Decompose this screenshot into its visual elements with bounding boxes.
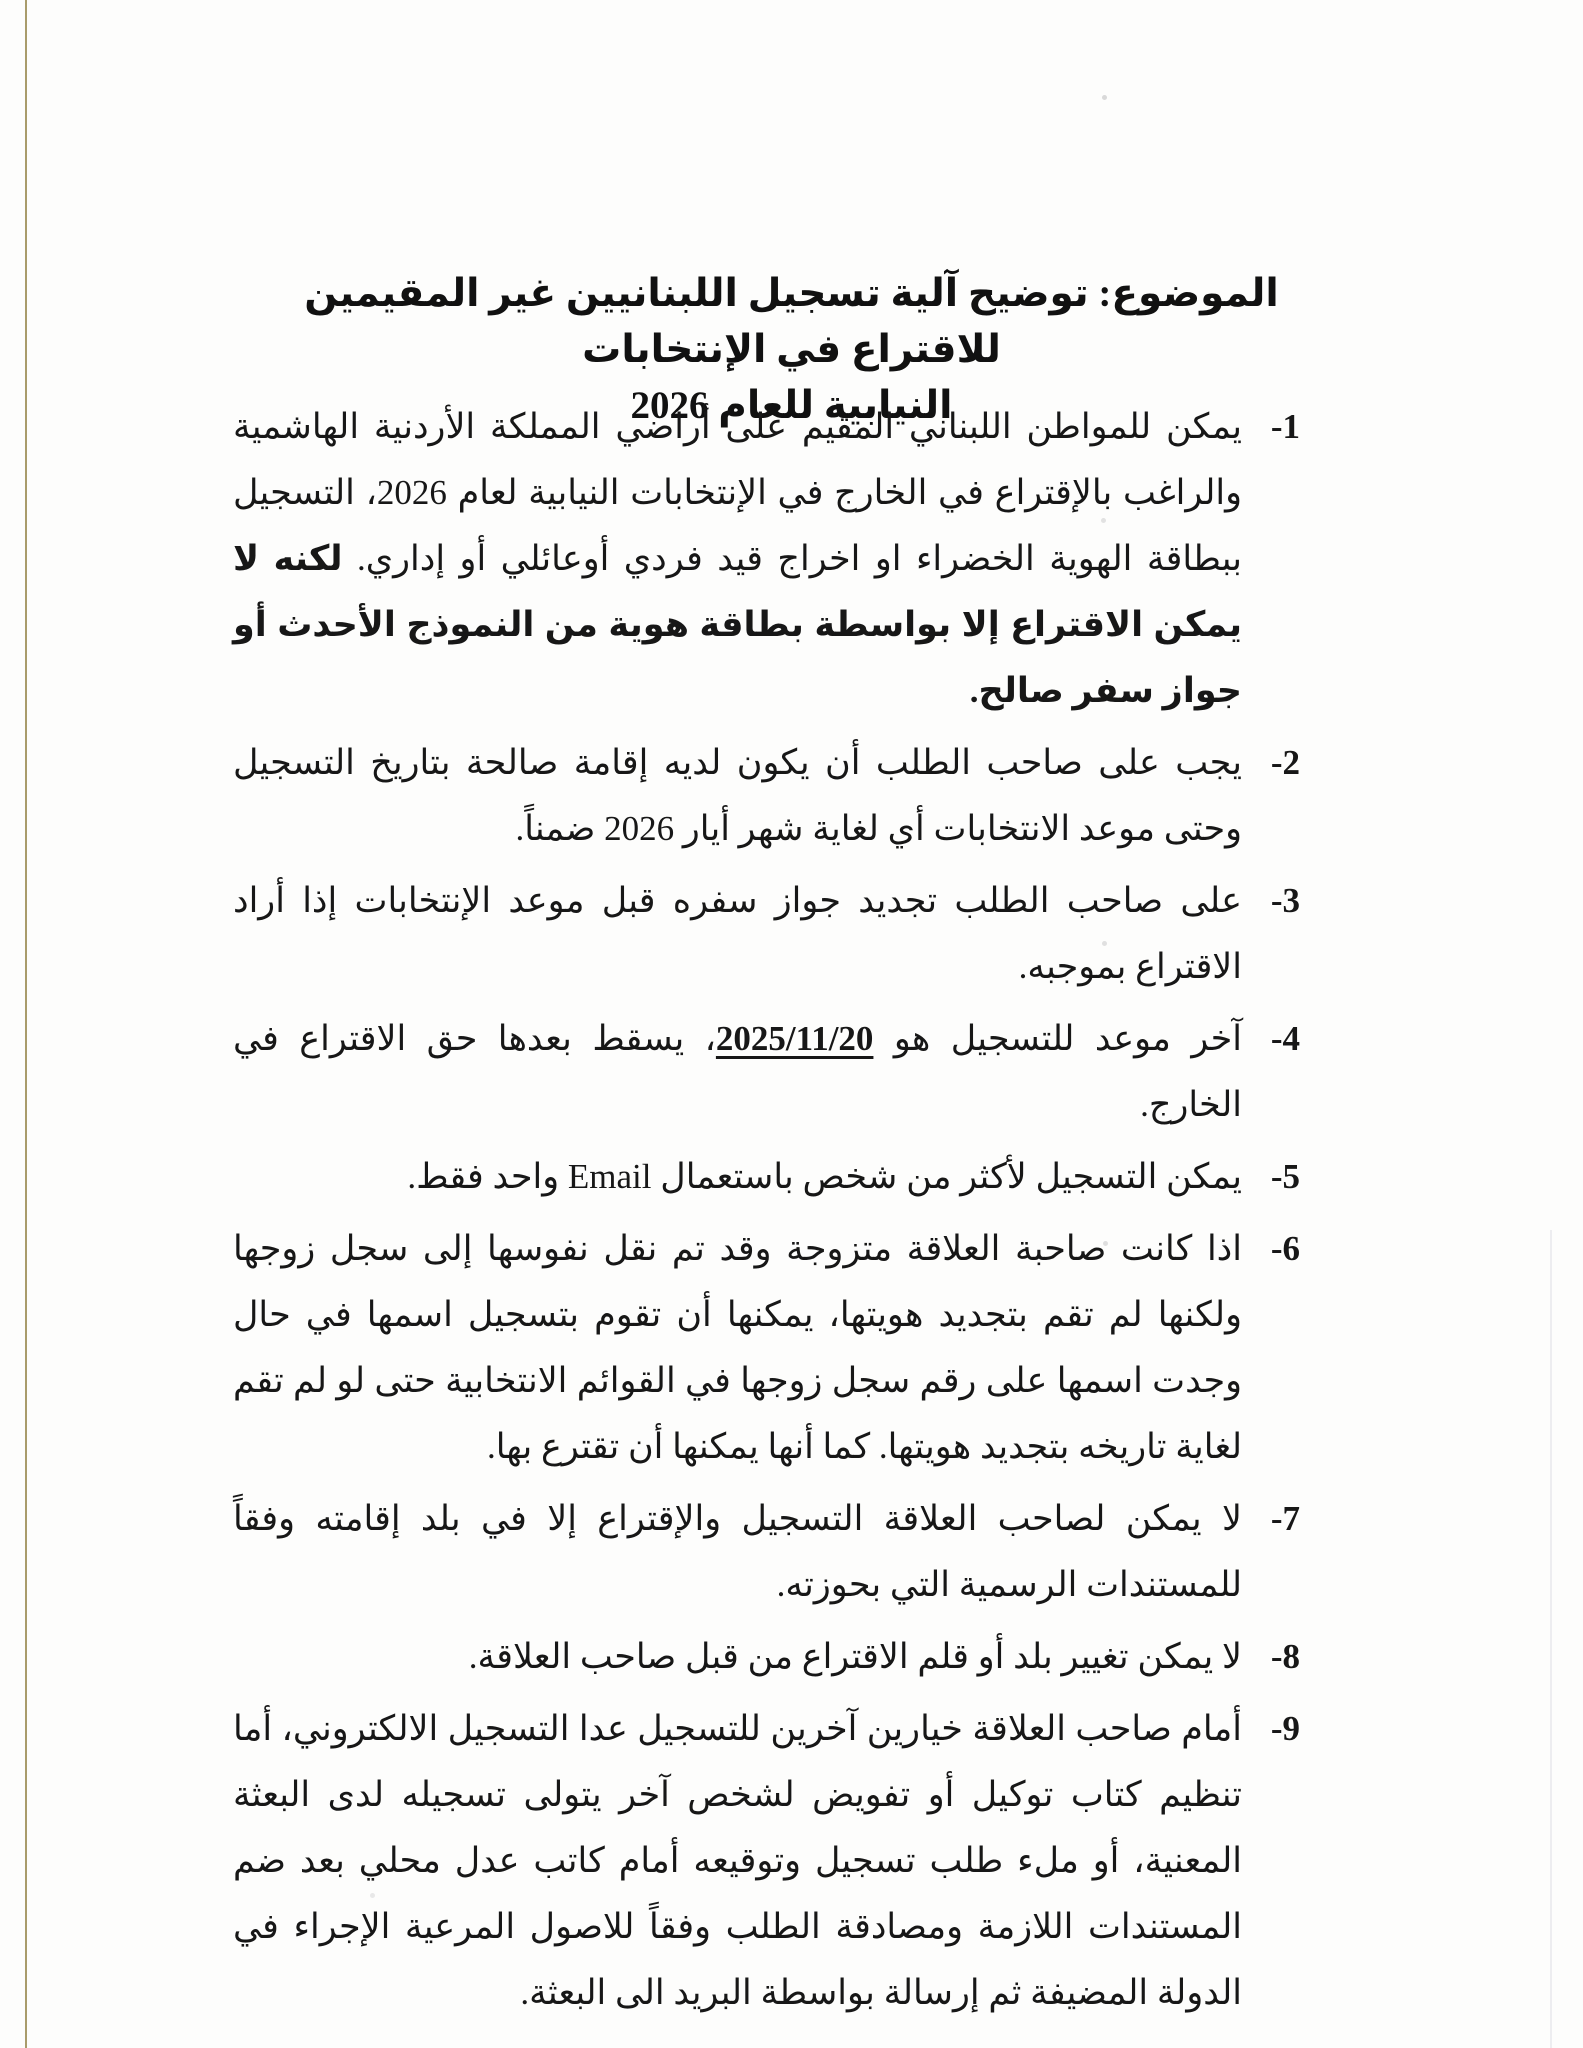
list-item: 3-على صاحب الطلب تجديد جواز سفره قبل موع…	[233, 868, 1300, 1000]
list-item: 9-أمام صاحب العلاقة خيارين آخرين للتسجيل…	[233, 1696, 1300, 2026]
item-text: اذا كانت صاحبة العلاقة متزوجة وقد تم نقل…	[233, 1216, 1242, 1480]
list-item: 6-اذا كانت صاحبة العلاقة متزوجة وقد تم ن…	[233, 1216, 1300, 1480]
list-item: 7-لا يمكن لصاحب العلاقة التسجيل والإقترا…	[233, 1486, 1300, 1618]
item-number: 3-	[1242, 868, 1300, 1000]
item-text: لا يمكن تغيير بلد أو قلم الاقتراع من قبل…	[233, 1624, 1242, 1690]
list-item: 5-يمكن التسجيل لأكثر من شخص باستعمال Ema…	[233, 1144, 1300, 1210]
list-item: 2-يجب على صاحب الطلب أن يكون لديه إقامة …	[233, 730, 1300, 862]
scan-edge-line-left	[25, 0, 27, 2048]
scanned-document-page: الموضوع: توضيح آلية تسجيل اللبنانيين غير…	[0, 0, 1583, 2048]
item-number: 5-	[1242, 1144, 1300, 1210]
items-list: 1-يمكن للمواطن اللبناني المقيم على أراضي…	[233, 394, 1300, 2032]
list-item: 1-يمكن للمواطن اللبناني المقيم على أراضي…	[233, 394, 1300, 724]
item-number: 9-	[1242, 1696, 1300, 2026]
item-number: 1-	[1242, 394, 1300, 724]
paper-speck	[1102, 95, 1107, 100]
item-number: 2-	[1242, 730, 1300, 862]
scan-edge-shadow-right	[1550, 1230, 1552, 2048]
item-text: يجب على صاحب الطلب أن يكون لديه إقامة صا…	[233, 730, 1242, 862]
item-number: 7-	[1242, 1486, 1300, 1618]
document-title-line1: الموضوع: توضيح آلية تسجيل اللبنانيين غير…	[283, 266, 1300, 378]
item-text: يمكن للمواطن اللبناني المقيم على أراضي ا…	[233, 394, 1242, 724]
item-text: أمام صاحب العلاقة خيارين آخرين للتسجيل ع…	[233, 1696, 1242, 2026]
item-text: على صاحب الطلب تجديد جواز سفره قبل موعد …	[233, 868, 1242, 1000]
item-number: 4-	[1242, 1006, 1300, 1138]
item-text: يمكن التسجيل لأكثر من شخص باستعمال Email…	[233, 1144, 1242, 1210]
item-number: 6-	[1242, 1216, 1300, 1480]
item-text: لا يمكن لصاحب العلاقة التسجيل والإقتراع …	[233, 1486, 1242, 1618]
list-item: 8-لا يمكن تغيير بلد أو قلم الاقتراع من ق…	[233, 1624, 1300, 1690]
list-item: 4-آخر موعد للتسجيل هو 2025/11/20، يسقط ب…	[233, 1006, 1300, 1138]
item-number: 8-	[1242, 1624, 1300, 1690]
item-text: آخر موعد للتسجيل هو 2025/11/20، يسقط بعد…	[233, 1006, 1242, 1138]
